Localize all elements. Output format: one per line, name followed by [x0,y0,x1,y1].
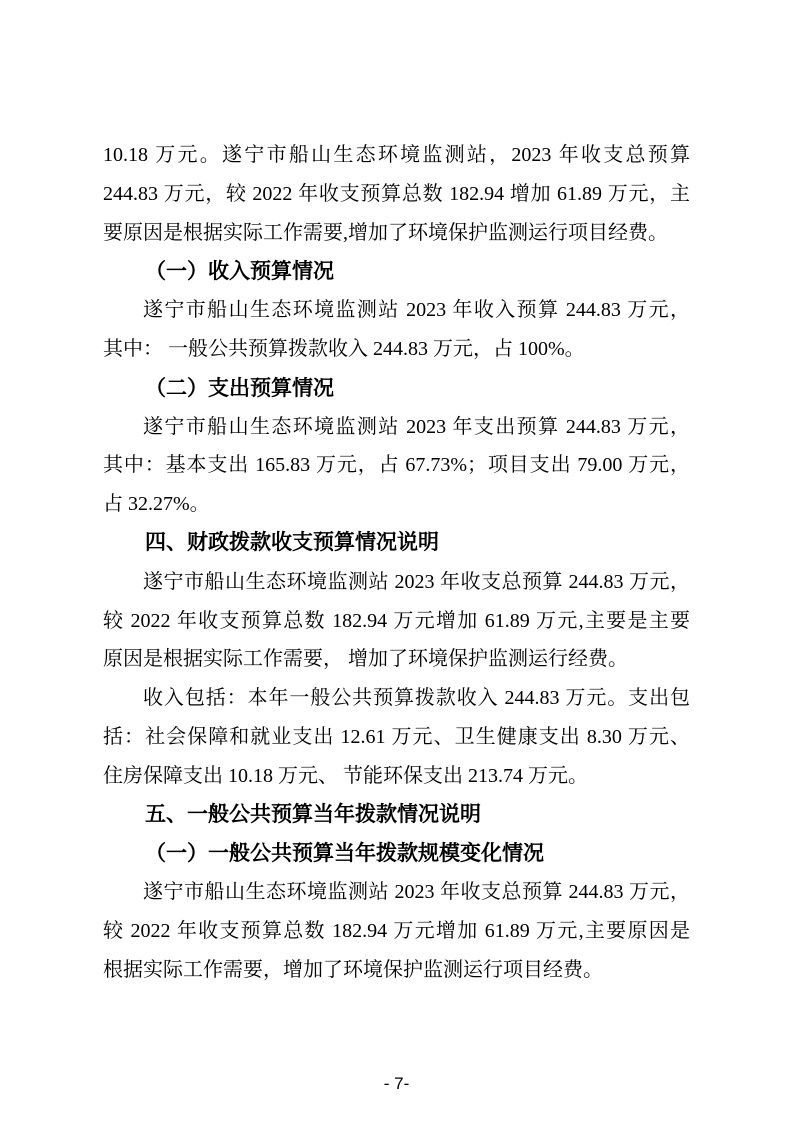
text-line: 占 32.27%。 [103,485,690,524]
text-line: 要原因是根据实际工作需要,增加了环境保护监测运行项目经费。 [103,214,690,253]
text-line: 10.18 万元。遂宁市船山生态环境监测站，2023 年收支总预算 [103,136,690,175]
text-line: 遂宁市船山生态环境监测站 2023 年收入预算 244.83 万元， [103,291,690,330]
text-line: 较 2022 年收支预算总数 182.94 万元增加 61.89 万元,主要原因… [103,912,690,951]
text-line: 收入包括：本年一般公共预算拨款收入 244.83 万元。支出包 [103,679,690,718]
text-line: 其中： 一般公共预算拨款收入 244.83 万元，占 100%。 [103,330,690,369]
text-line: 住房保障支出 10.18 万元、 节能环保支出 213.74 万元。 [103,757,690,796]
subsection-heading: （一）一般公共预算当年拨款规模变化情况 [103,834,690,873]
text-line: 根据实际工作需要，增加了环境保护监测运行项目经费。 [103,951,690,990]
subsection-heading: （二）支出预算情况 [103,369,690,408]
page-number: - 7- [0,1074,793,1094]
text-line: 较 2022 年收支预算总数 182.94 万元增加 61.89 万元,主要是主… [103,602,690,641]
document-body: 10.18 万元。遂宁市船山生态环境监测站，2023 年收支总预算244.83 … [103,136,690,990]
text-line: 括：社会保障和就业支出 12.61 万元、卫生健康支出 8.30 万元、 [103,718,690,757]
section-heading: 四、财政拨款收支预算情况说明 [103,524,690,563]
document-page: 10.18 万元。遂宁市船山生态环境监测站，2023 年收支总预算244.83 … [0,0,793,1122]
section-heading: 五、一般公共预算当年拨款情况说明 [103,796,690,835]
text-line: 遂宁市船山生态环境监测站 2023 年支出预算 244.83 万元， [103,408,690,447]
text-line: 其中：基本支出 165.83 万元，占 67.73%；项目支出 79.00 万元… [103,446,690,485]
text-line: 244.83 万元，较 2022 年收支预算总数 182.94 增加 61.89… [103,175,690,214]
text-line: 遂宁市船山生态环境监测站 2023 年收支总预算 244.83 万元， [103,563,690,602]
text-line: 遂宁市船山生态环境监测站 2023 年收支总预算 244.83 万元， [103,873,690,912]
subsection-heading: （一）收入预算情况 [103,252,690,291]
text-line: 原因是根据实际工作需要， 增加了环境保护监测运行经费。 [103,640,690,679]
